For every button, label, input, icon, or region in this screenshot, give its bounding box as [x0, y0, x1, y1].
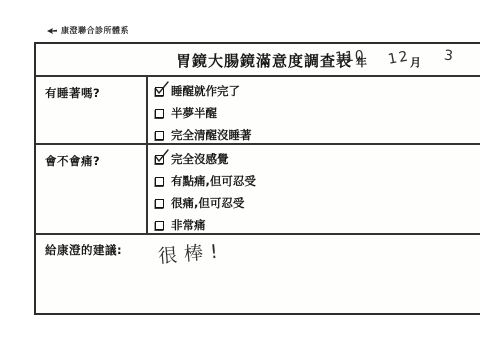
- title-row: 胃鏡大腸鏡滿意度調查表 110 年 12 月 3: [36, 44, 480, 77]
- question-label-cell: 有睡著嗎?: [36, 77, 148, 143]
- option-label: 半夢半醒: [171, 106, 217, 120]
- option-label: 非常痛: [171, 218, 206, 232]
- clinic-logo-icon: [46, 27, 58, 35]
- option-label: 很痛,但可忍受: [171, 196, 244, 210]
- suggestion-label: 給康澄的建議:: [45, 242, 122, 258]
- checkbox-checked-icon: [155, 87, 164, 96]
- option-label: 有點痛,但可忍受: [171, 174, 256, 188]
- question-label: 有睡著嗎?: [45, 86, 100, 100]
- checkmark-icon: [154, 149, 170, 165]
- scanned-survey-page: 康澄聯合診所體系 胃鏡大腸鏡滿意度調查表 110 年 12 月 3 有睡著嗎?: [0, 0, 480, 360]
- option-row: 非常痛: [155, 214, 480, 236]
- handwritten-month: 12: [387, 48, 411, 68]
- handwritten-suggestion: 很棒!: [157, 236, 226, 269]
- year-label: 年: [356, 54, 367, 70]
- month-label: 月: [410, 54, 421, 70]
- question-label-cell: 會不會痛?: [36, 145, 148, 233]
- handwritten-day: 3: [443, 48, 454, 65]
- question-options: 完全沒感覺 有點痛,但可忍受 很痛,但可忍受 非常痛: [148, 145, 480, 233]
- option-label: 完全沒感覺: [171, 152, 229, 166]
- question-row-pain: 會不會痛? 完全沒感覺 有點痛,但可忍受 很痛,但可忍受 非常: [36, 145, 480, 235]
- checkbox-icon: [155, 131, 164, 140]
- checkbox-icon: [155, 177, 164, 186]
- checkmark-icon: [154, 81, 170, 97]
- checkbox-icon: [155, 109, 164, 118]
- option-label: 睡醒就作完了: [171, 84, 240, 98]
- suggestion-row: 給康澄的建議: 很棒!: [36, 235, 480, 311]
- question-label: 會不會痛?: [45, 154, 100, 168]
- option-row: 有點痛,但可忍受: [155, 170, 480, 192]
- question-row-sleep: 有睡著嗎? 睡醒就作完了 半夢半醒 完全清醒沒睡著: [36, 77, 480, 145]
- checkbox-icon: [155, 221, 164, 230]
- survey-form-table: 胃鏡大腸鏡滿意度調查表 110 年 12 月 3 有睡著嗎? 睡醒就作完了: [34, 42, 480, 315]
- question-options: 睡醒就作完了 半夢半醒 完全清醒沒睡著: [148, 77, 480, 143]
- form-title: 胃鏡大腸鏡滿意度調查表: [176, 50, 352, 71]
- checkbox-checked-icon: [155, 155, 164, 164]
- checkbox-icon: [155, 199, 164, 208]
- option-row: 完全沒感覺: [155, 148, 480, 170]
- option-row: 完全清醒沒睡著: [155, 124, 480, 146]
- option-label: 完全清醒沒睡著: [171, 128, 252, 142]
- option-row: 很痛,但可忍受: [155, 192, 480, 214]
- option-row: 半夢半醒: [155, 102, 480, 124]
- clinic-logo: 康澄聯合診所體系: [46, 25, 129, 36]
- clinic-logo-text: 康澄聯合診所體系: [61, 25, 129, 36]
- option-row: 睡醒就作完了: [155, 80, 480, 102]
